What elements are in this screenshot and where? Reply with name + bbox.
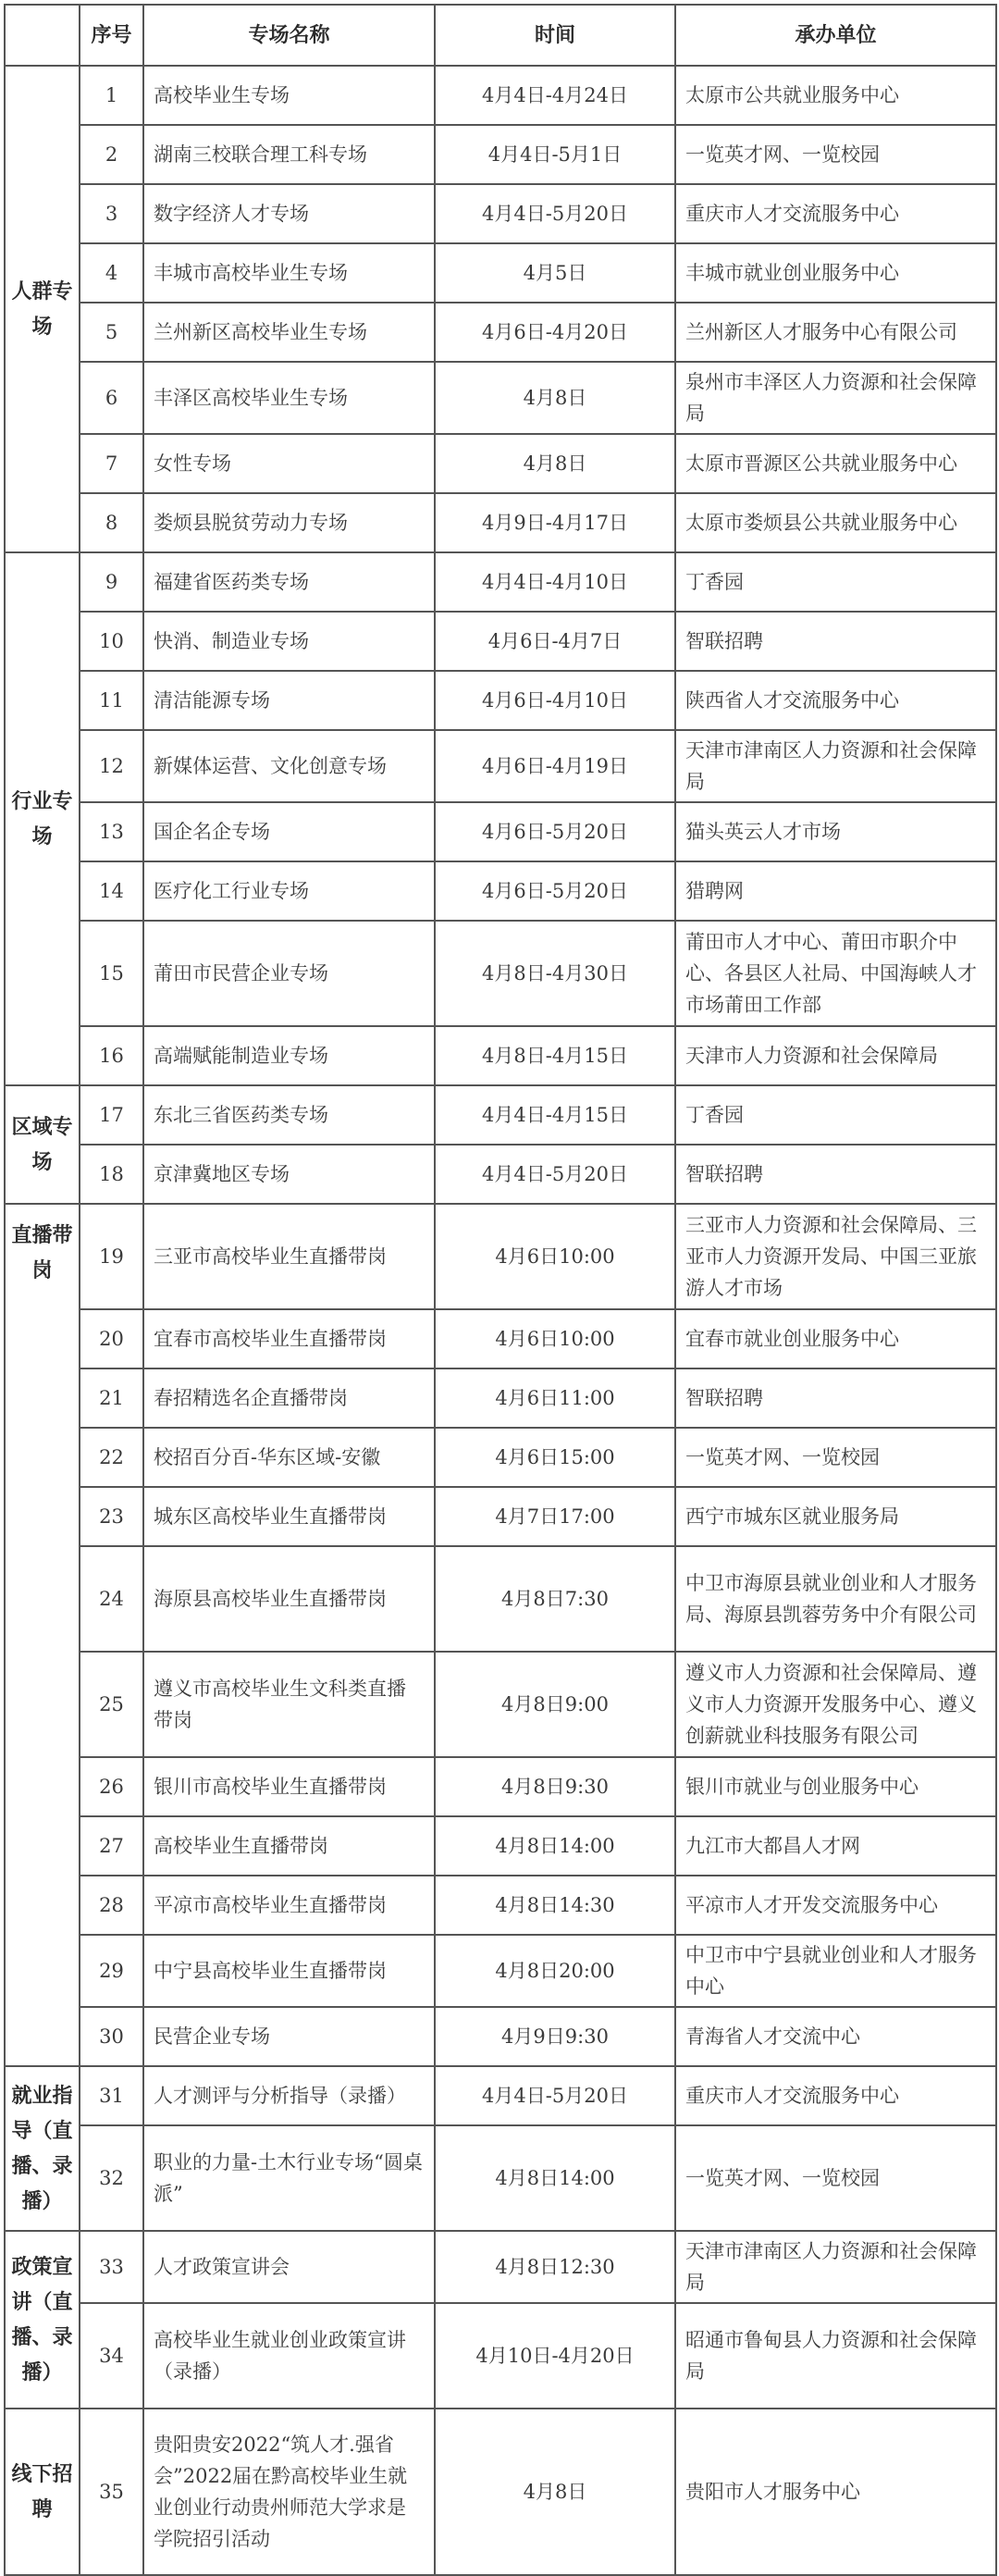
event-organizer: 猫头英云人才市场 [675, 802, 996, 861]
event-organizer: 重庆市人才交流服务中心 [675, 184, 996, 243]
event-time: 4月6日15:00 [435, 1428, 675, 1487]
event-organizer: 中卫市中宁县就业创业和人才服务中心 [675, 1935, 996, 2007]
row-number: 30 [80, 2007, 143, 2066]
event-organizer: 天津市津南区人力资源和社会保障局 [675, 730, 996, 802]
event-name: 国企名企专场 [143, 802, 435, 861]
event-name: 娄烦县脱贫劳动力专场 [143, 493, 435, 552]
event-organizer: 泉州市丰泽区人力资源和社会保障局 [675, 362, 996, 434]
header-time: 时间 [435, 5, 675, 66]
table-row: 区域专场 17 东北三省医药类专场 4月4日-4月15日 丁香园 [5, 1085, 996, 1145]
table-row: 4 丰城市高校毕业生专场 4月5日 丰城市就业创业服务中心 [5, 243, 996, 303]
row-number: 21 [80, 1368, 143, 1428]
event-time: 4月8日7:30 [435, 1546, 675, 1652]
table-row: 21 春招精选名企直播带岗 4月6日11:00 智联招聘 [5, 1368, 996, 1428]
event-organizer: 青海省人才交流中心 [675, 2007, 996, 2066]
event-name: 高校毕业生直播带岗 [143, 1816, 435, 1876]
event-name: 丰泽区高校毕业生专场 [143, 362, 435, 434]
table-row: 27 高校毕业生直播带岗 4月8日14:00 九江市大都昌人才网 [5, 1816, 996, 1876]
row-number: 22 [80, 1428, 143, 1487]
event-time: 4月8日9:30 [435, 1757, 675, 1816]
event-organizer: 中卫市海原县就业创业和人才服务局、海原县凯蓉劳务中介有限公司 [675, 1546, 996, 1652]
event-name: 医疗化工行业专场 [143, 861, 435, 921]
event-organizer: 丁香园 [675, 1085, 996, 1145]
event-time: 4月4日-4月10日 [435, 552, 675, 612]
table-row: 20 宜春市高校毕业生直播带岗 4月6日10:00 宜春市就业创业服务中心 [5, 1309, 996, 1368]
table-row: 8 娄烦县脱贫劳动力专场 4月9日-4月17日 太原市娄烦县公共就业服务中心 [5, 493, 996, 552]
event-name: 民营企业专场 [143, 2007, 435, 2066]
event-time: 4月8日12:30 [435, 2231, 675, 2303]
event-organizer: 天津市津南区人力资源和社会保障局 [675, 2231, 996, 2303]
event-time: 4月8日 [435, 434, 675, 493]
event-name: 职业的力量-土木行业专场“圆桌派” [143, 2125, 435, 2231]
event-time: 4月6日10:00 [435, 1309, 675, 1368]
event-organizer: 遵义市人力资源和社会保障局、遵义市人力资源开发服务中心、遵义创薪就业科技服务有限… [675, 1652, 996, 1757]
event-time: 4月10日-4月20日 [435, 2303, 675, 2327]
header-name: 专场名称 [143, 5, 435, 66]
category-cell: 行业专场 [5, 552, 80, 1085]
event-time: 4月4日-5月1日 [435, 125, 675, 184]
event-time: 4月8日14:00 [435, 2125, 675, 2231]
event-organizer: 重庆市人才交流服务中心 [675, 2066, 996, 2125]
row-number: 6 [80, 362, 143, 434]
table-row: 15 莆田市民营企业专场 4月8日-4月30日 莆田市人才中心、莆田市职介中心、… [5, 921, 996, 1026]
table-row: 就业指导（直播、录播） 31 人才测评与分析指导（录播） 4月4日-5月20日 … [5, 2066, 996, 2125]
table-row: 22 校招百分百-华东区域-安徽 4月6日15:00 一览英才网、一览校园 [5, 1428, 996, 1487]
event-organizer: 太原市晋源区公共就业服务中心 [675, 434, 996, 493]
event-name: 平凉市高校毕业生直播带岗 [143, 1876, 435, 1935]
row-number: 28 [80, 1876, 143, 1935]
row-number: 32 [80, 2125, 143, 2231]
row-number: 20 [80, 1309, 143, 1368]
event-organizer: 一览英才网、一览校园 [675, 1428, 996, 1487]
event-name: 宜春市高校毕业生直播带岗 [143, 1309, 435, 1368]
event-organizer: 智联招聘 [675, 1145, 996, 1204]
event-name: 人才测评与分析指导（录播） [143, 2066, 435, 2125]
event-name: 湖南三校联合理工科专场 [143, 125, 435, 184]
table-row: 3 数字经济人才专场 4月4日-5月20日 重庆市人才交流服务中心 [5, 184, 996, 243]
category-cell: 就业指导（直播、录播） [5, 2066, 80, 2231]
row-number: 16 [80, 1026, 143, 1085]
event-name: 海原县高校毕业生直播带岗 [143, 1546, 435, 1652]
event-name: 新媒体运营、文化创意专场 [143, 730, 435, 802]
event-name: 兰州新区高校毕业生专场 [143, 303, 435, 362]
event-time: 4月6日11:00 [435, 1368, 675, 1428]
row-number: 17 [80, 1085, 143, 1145]
row-number: 27 [80, 1816, 143, 1876]
header-category [5, 5, 80, 66]
event-time: 4月8日 [435, 362, 675, 434]
table-row: 18 京津冀地区专场 4月4日-5月20日 智联招聘 [5, 1145, 996, 1204]
event-organizer: 天津市人力资源和社会保障局 [675, 1026, 996, 1085]
table-row: 13 国企名企专场 4月6日-5月20日 猫头英云人才市场 [5, 802, 996, 861]
event-organizer: 九江市大都昌人才网 [675, 1816, 996, 1876]
row-number: 23 [80, 1487, 143, 1546]
header-number: 序号 [80, 5, 143, 66]
event-time: 4月8日14:00 [435, 1816, 675, 1876]
row-number: 19 [80, 1204, 143, 1309]
table-row: 14 医疗化工行业专场 4月6日-5月20日 猎聘网 [5, 861, 996, 921]
event-name: 清洁能源专场 [143, 671, 435, 730]
row-number: 26 [80, 1757, 143, 1816]
table-row: 2 湖南三校联合理工科专场 4月4日-5月1日 一览英才网、一览校园 [5, 125, 996, 184]
event-time: 4月6日-4月20日 [435, 303, 675, 362]
event-time: 4月4日-4月24日 [435, 66, 675, 125]
event-name: 中宁县高校毕业生直播带岗 [143, 1935, 435, 2007]
event-time: 4月9日-4月17日 [435, 493, 675, 552]
event-time: 4月8日14:30 [435, 1876, 675, 1935]
category-cell: 人群专场 [5, 66, 80, 552]
row-number: 3 [80, 184, 143, 243]
row-number: 13 [80, 802, 143, 861]
event-time: 4月8日9:00 [435, 1652, 675, 1757]
row-number: 25 [80, 1652, 143, 1757]
event-name: 数字经济人才专场 [143, 184, 435, 243]
row-number: 9 [80, 552, 143, 612]
row-number: 4 [80, 243, 143, 303]
event-time: 4月4日-5月20日 [435, 1145, 675, 1204]
table-row: 10 快消、制造业专场 4月6日-4月7日 智联招聘 [5, 612, 996, 671]
table-row: 32 职业的力量-土木行业专场“圆桌派” 4月8日14:00 一览英才网、一览校… [5, 2125, 996, 2231]
table-row: 政策宣讲（直播、录播） 33 人才政策宣讲会 4月8日12:30 天津市津南区人… [5, 2231, 996, 2303]
row-number: 18 [80, 1145, 143, 1204]
event-name: 东北三省医药类专场 [143, 1085, 435, 1145]
event-organizer: 兰州新区人才服务中心有限公司 [675, 303, 996, 362]
header-organizer: 承办单位 [675, 5, 996, 66]
row-number: 1 [80, 66, 143, 125]
event-time: 4月8日20:00 [435, 1935, 675, 2007]
event-name: 快消、制造业专场 [143, 612, 435, 671]
table-row: 6 丰泽区高校毕业生专场 4月8日 泉州市丰泽区人力资源和社会保障局 [5, 362, 996, 434]
row-number: 10 [80, 612, 143, 671]
row-number: 11 [80, 671, 143, 730]
table-row: 5 兰州新区高校毕业生专场 4月6日-4月20日 兰州新区人才服务中心有限公司 [5, 303, 996, 362]
table-row: 直播带岗 19 三亚市高校毕业生直播带岗 4月6日10:00 三亚市人力资源和社… [5, 1204, 996, 1309]
event-name: 银川市高校毕业生直播带岗 [143, 1757, 435, 1816]
row-number: 8 [80, 493, 143, 552]
event-name: 莆田市民营企业专场 [143, 921, 435, 1026]
table-row: 28 平凉市高校毕业生直播带岗 4月8日14:30 平凉市人才开发交流服务中心 [5, 1876, 996, 1935]
event-time: 4月7日17:00 [435, 1487, 675, 1546]
event-time: 4月8日-4月30日 [435, 921, 675, 1026]
job-fair-schedule-table: 序号 专场名称 时间 承办单位 人群专场 1 高校毕业生专场 4月4日-4月24… [4, 4, 997, 2327]
event-organizer: 太原市娄烦县公共就业服务中心 [675, 493, 996, 552]
row-number: 34 [80, 2303, 143, 2327]
row-number: 5 [80, 303, 143, 362]
event-name: 三亚市高校毕业生直播带岗 [143, 1204, 435, 1309]
table-row: 行业专场 9 福建省医药类专场 4月4日-4月10日 丁香园 [5, 552, 996, 612]
event-time: 4月9日9:30 [435, 2007, 675, 2066]
category-cell: 政策宣讲（直播、录播） [5, 2231, 80, 2327]
event-time: 4月6日-5月20日 [435, 861, 675, 921]
table-row: 23 城东区高校毕业生直播带岗 4月7日17:00 西宁市城东区就业服务局 [5, 1487, 996, 1546]
event-time: 4月6日-4月10日 [435, 671, 675, 730]
event-organizer: 银川市就业与创业服务中心 [675, 1757, 996, 1816]
event-name: 京津冀地区专场 [143, 1145, 435, 1204]
event-name: 女性专场 [143, 434, 435, 493]
event-organizer: 一览英才网、一览校园 [675, 2125, 996, 2231]
event-name: 春招精选名企直播带岗 [143, 1368, 435, 1428]
table-row: 26 银川市高校毕业生直播带岗 4月8日9:30 银川市就业与创业服务中心 [5, 1757, 996, 1816]
row-number: 14 [80, 861, 143, 921]
event-name: 校招百分百-华东区域-安徽 [143, 1428, 435, 1487]
event-name: 人才政策宣讲会 [143, 2231, 435, 2303]
event-time: 4月8日-4月15日 [435, 1026, 675, 1085]
event-time: 4月4日-4月15日 [435, 1085, 675, 1145]
row-number: 33 [80, 2231, 143, 2303]
table-row: 25 遵义市高校毕业生文科类直播带岗 4月8日9:00 遵义市人力资源和社会保障… [5, 1652, 996, 1757]
table-row: 29 中宁县高校毕业生直播带岗 4月8日20:00 中卫市中宁县就业创业和人才服… [5, 1935, 996, 2007]
table-row: 16 高端赋能制造业专场 4月8日-4月15日 天津市人力资源和社会保障局 [5, 1026, 996, 1085]
schedule-table-container: 序号 专场名称 时间 承办单位 人群专场 1 高校毕业生专场 4月4日-4月24… [4, 4, 995, 2327]
event-name: 高端赋能制造业专场 [143, 1026, 435, 1085]
table-row: 7 女性专场 4月8日 太原市晋源区公共就业服务中心 [5, 434, 996, 493]
table-row: 24 海原县高校毕业生直播带岗 4月8日7:30 中卫市海原县就业创业和人才服务… [5, 1546, 996, 1652]
event-organizer: 丰城市就业创业服务中心 [675, 243, 996, 303]
row-number: 29 [80, 1935, 143, 2007]
table-row: 34 高校毕业生就业创业政策宣讲（录播） 4月10日-4月20日 昭通市鲁甸县人… [5, 2303, 996, 2327]
event-organizer: 猎聘网 [675, 861, 996, 921]
event-organizer: 平凉市人才开发交流服务中心 [675, 1876, 996, 1935]
event-organizer: 三亚市人力资源和社会保障局、三亚市人力资源开发局、中国三亚旅游人才市场 [675, 1204, 996, 1309]
event-organizer: 一览英才网、一览校园 [675, 125, 996, 184]
header-row: 序号 专场名称 时间 承办单位 [5, 5, 996, 66]
category-cell: 直播带岗 [5, 1204, 80, 2066]
event-organizer: 智联招聘 [675, 1368, 996, 1428]
row-number: 15 [80, 921, 143, 1026]
event-name: 高校毕业生专场 [143, 66, 435, 125]
event-name: 遵义市高校毕业生文科类直播带岗 [143, 1652, 435, 1757]
event-time: 4月6日-5月20日 [435, 802, 675, 861]
event-name: 福建省医药类专场 [143, 552, 435, 612]
table-row: 人群专场 1 高校毕业生专场 4月4日-4月24日 太原市公共就业服务中心 [5, 66, 996, 125]
event-organizer: 智联招聘 [675, 612, 996, 671]
row-number: 7 [80, 434, 143, 493]
event-time: 4月6日10:00 [435, 1204, 675, 1309]
event-organizer: 太原市公共就业服务中心 [675, 66, 996, 125]
event-time: 4月6日-4月19日 [435, 730, 675, 802]
row-number: 31 [80, 2066, 143, 2125]
category-cell: 区域专场 [5, 1085, 80, 1204]
table-row: 30 民营企业专场 4月9日9:30 青海省人才交流中心 [5, 2007, 996, 2066]
event-organizer: 西宁市城东区就业服务局 [675, 1487, 996, 1546]
row-number: 24 [80, 1546, 143, 1652]
event-name: 高校毕业生就业创业政策宣讲（录播） [143, 2303, 435, 2327]
event-name: 丰城市高校毕业生专场 [143, 243, 435, 303]
row-number: 2 [80, 125, 143, 184]
event-time: 4月4日-5月20日 [435, 2066, 675, 2125]
event-time: 4月6日-4月7日 [435, 612, 675, 671]
event-organizer: 昭通市鲁甸县人力资源和社会保障局 [675, 2303, 996, 2327]
table-row: 12 新媒体运营、文化创意专场 4月6日-4月19日 天津市津南区人力资源和社会… [5, 730, 996, 802]
table-row: 11 清洁能源专场 4月6日-4月10日 陕西省人才交流服务中心 [5, 671, 996, 730]
event-time: 4月4日-5月20日 [435, 184, 675, 243]
event-name: 城东区高校毕业生直播带岗 [143, 1487, 435, 1546]
row-number: 12 [80, 730, 143, 802]
event-organizer: 宜春市就业创业服务中心 [675, 1309, 996, 1368]
event-time: 4月5日 [435, 243, 675, 303]
event-organizer: 陕西省人才交流服务中心 [675, 671, 996, 730]
event-organizer: 丁香园 [675, 552, 996, 612]
event-organizer: 莆田市人才中心、莆田市职介中心、各县区人社局、中国海峡人才市场莆田工作部 [675, 921, 996, 1026]
